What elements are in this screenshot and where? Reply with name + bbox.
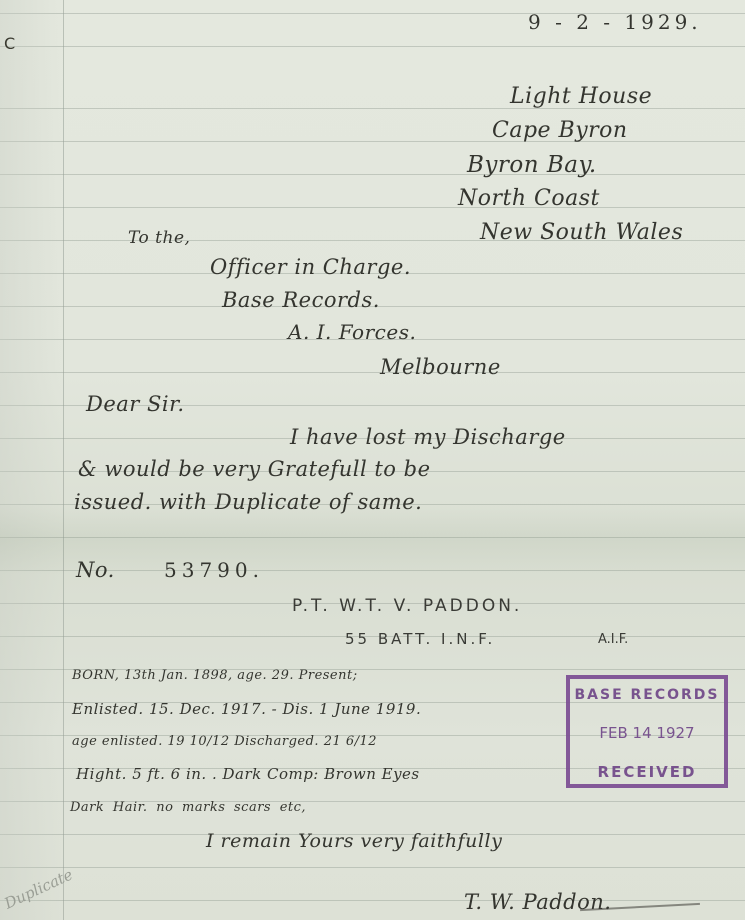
body-line-3: issued. with Duplicate of same.: [74, 490, 422, 514]
paper-margin-area: [0, 0, 64, 920]
margin-line: [63, 0, 64, 920]
detail-enlisted: Enlisted. 15. Dec. 1917. - Dis. 1 June 1…: [72, 700, 421, 718]
recipient-line-3: A. I. Forces.: [288, 320, 416, 344]
service-number-label: No.: [76, 558, 115, 582]
unit-suffix: A.I.F.: [598, 632, 628, 647]
recipient-line-2: Base Records.: [222, 288, 380, 312]
recipient-line-4: Melbourne: [380, 355, 501, 379]
stamp-date: FEB 14 1927: [570, 724, 724, 742]
recipient-line-1: Officer in Charge.: [210, 255, 411, 279]
closing: I remain Yours very faithfully: [206, 830, 502, 852]
body-line-1: I have lost my Discharge: [290, 425, 566, 449]
address-line-5: New South Wales: [480, 220, 683, 245]
service-number: 53790.: [164, 558, 264, 582]
detail-hair: Dark Hair. no marks scars etc,: [70, 800, 306, 815]
detail-born: BORN, 13th Jan. 1898, age. 29. Present;: [72, 668, 358, 683]
stamp-line-1: BASE RECORDS: [570, 687, 724, 703]
greeting: Dear Sir.: [86, 392, 185, 416]
address-line-4: North Coast: [458, 186, 600, 211]
unit-line: 55 BATT. I.N.F.: [345, 630, 495, 648]
body-line-2: & would be very Gratefull to be: [78, 457, 431, 481]
detail-age: age enlisted. 19 10/12 Discharged. 21 6/…: [72, 734, 377, 749]
received-stamp: BASE RECORDS FEB 14 1927 RECEIVED: [566, 675, 728, 788]
letter-sheet: C 9 - 2 - 1929. Light House Cape Byron B…: [0, 0, 745, 920]
address-line-1: Light House: [510, 84, 652, 109]
detail-height: Hight. 5 ft. 6 in. . Dark Comp: Brown Ey…: [76, 765, 420, 783]
address-line-3: Byron Bay.: [467, 152, 597, 178]
salutation-to: To the,: [128, 228, 190, 248]
soldier-name: P.T. W.T. V. PADDON.: [292, 596, 522, 616]
letter-date: 9 - 2 - 1929.: [528, 10, 702, 34]
stamp-received: RECEIVED: [570, 763, 724, 781]
address-line-2: Cape Byron: [492, 118, 628, 143]
staple-hole-icon: C: [4, 34, 15, 53]
